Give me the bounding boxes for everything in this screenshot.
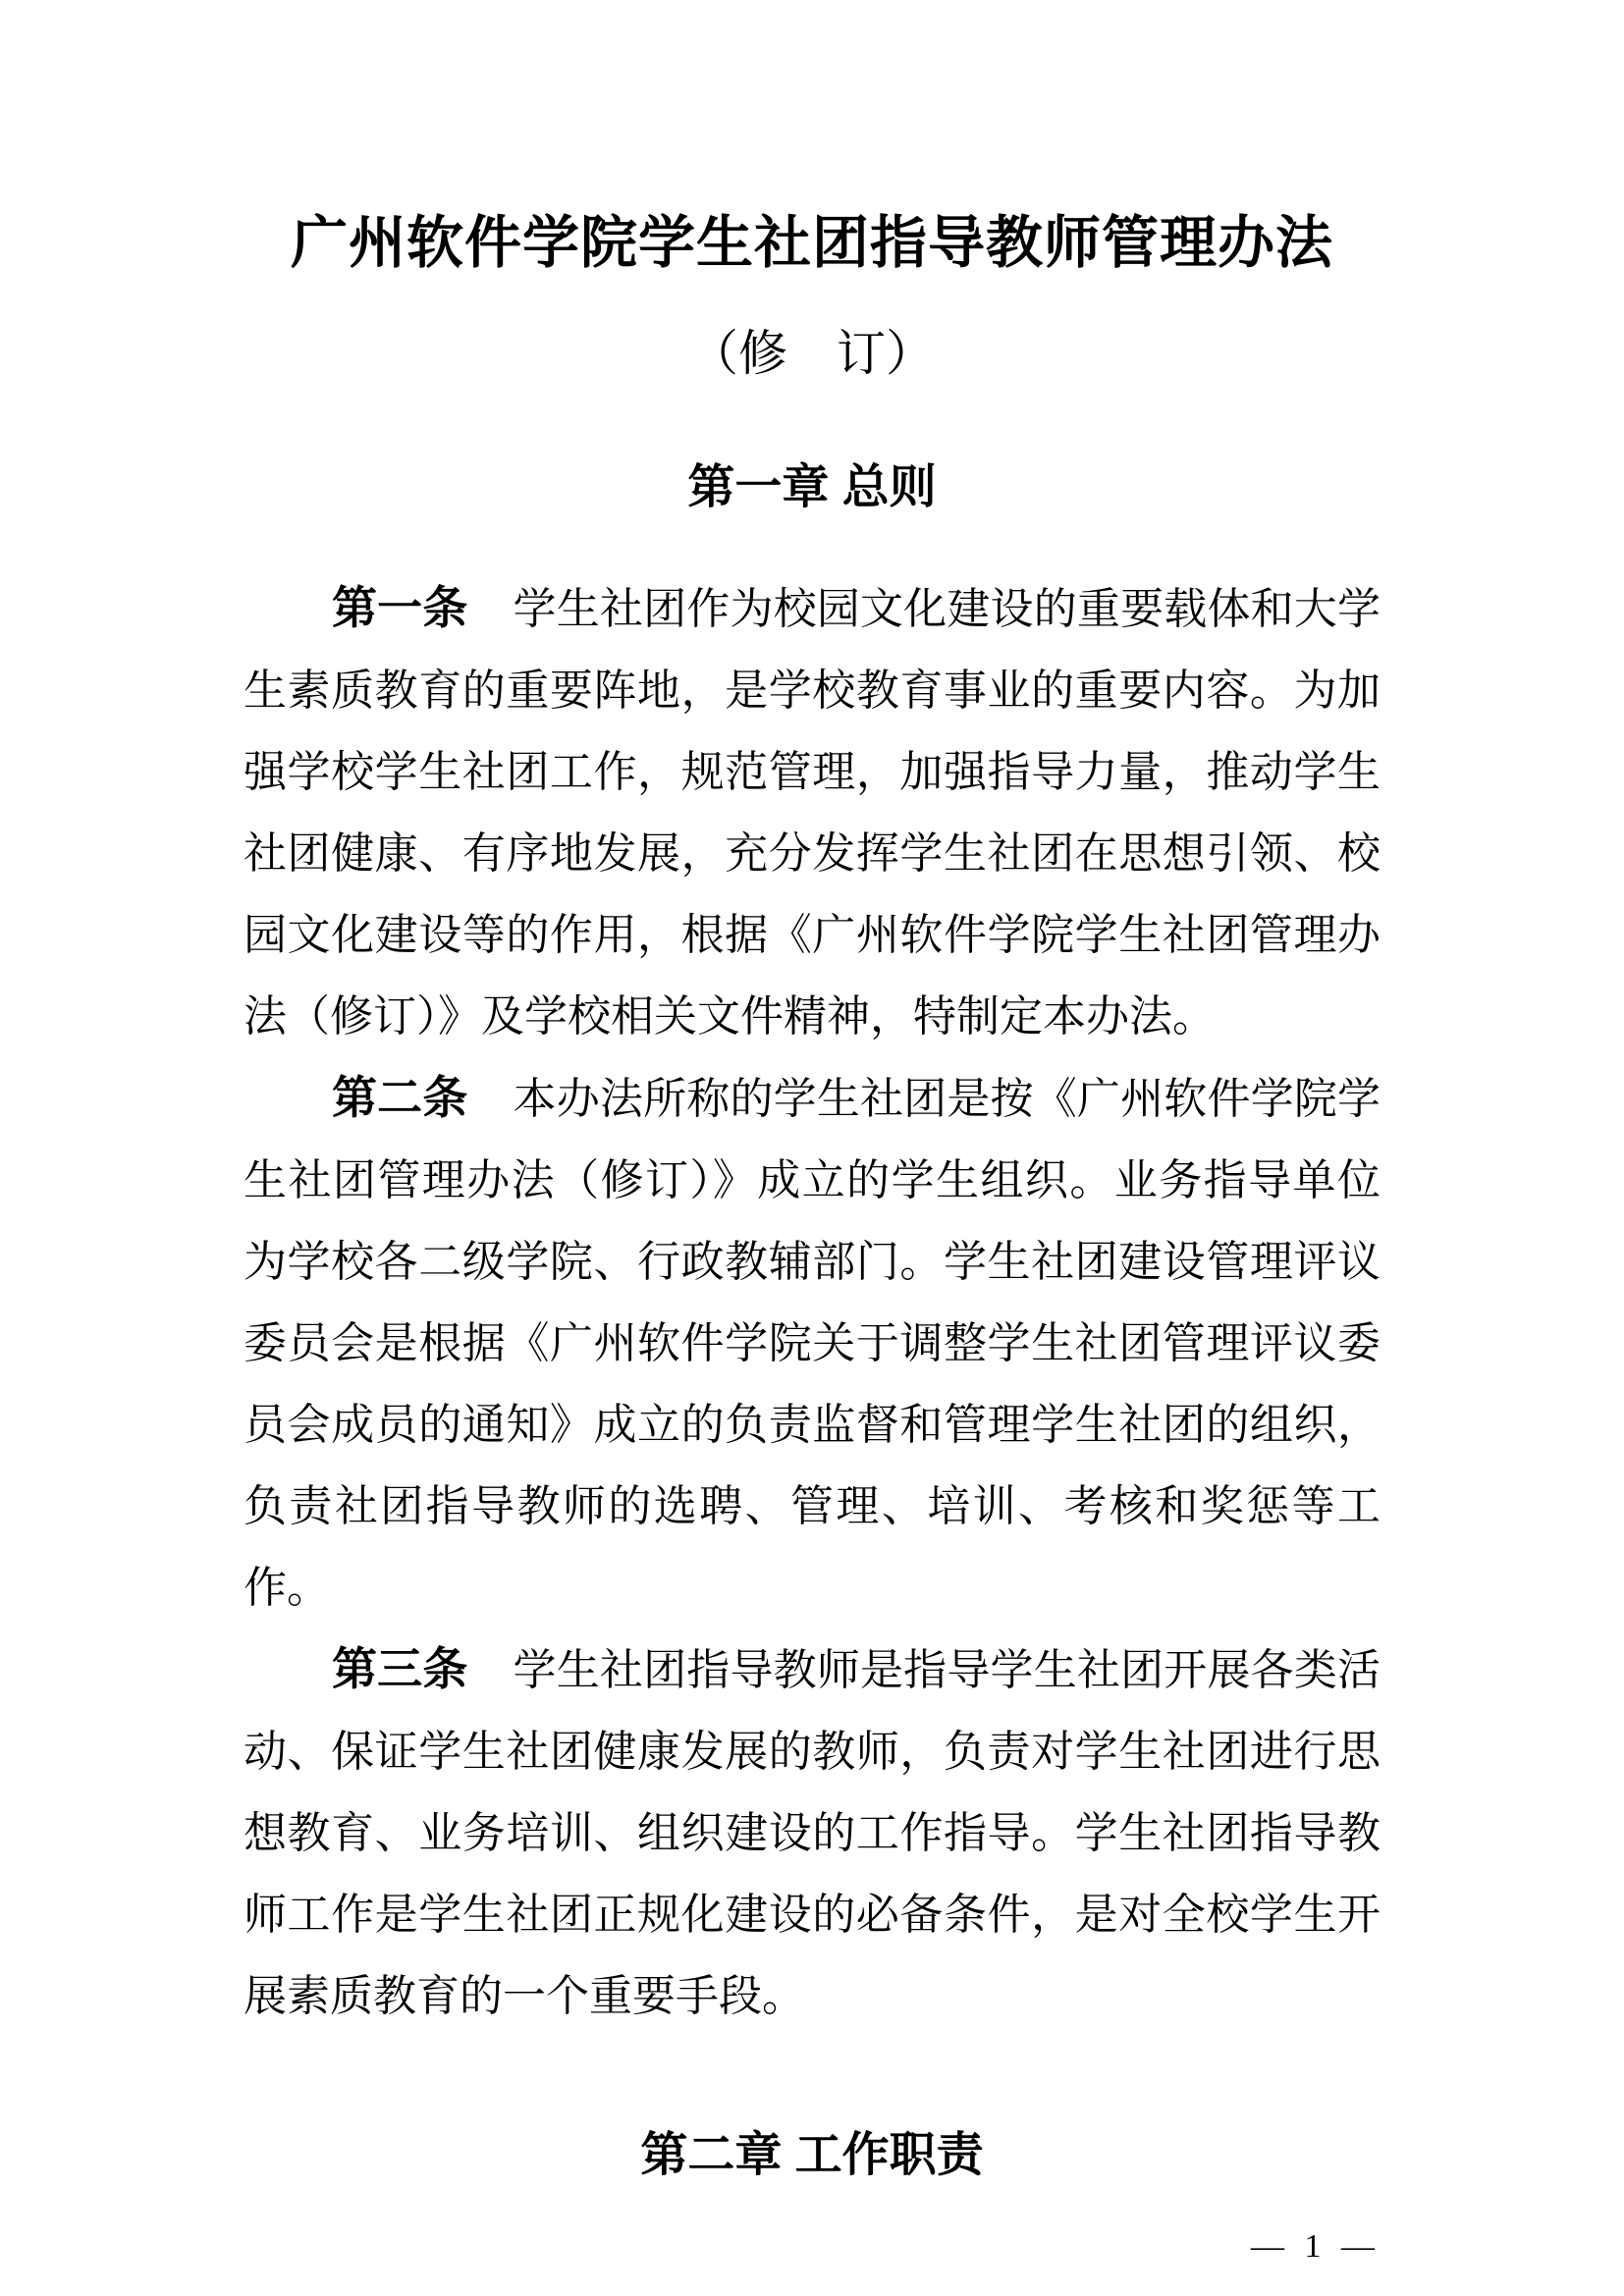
chapter-2-heading: 第二章 工作职责 [244,2125,1380,2186]
article-3-text: 学生社团指导教师是指导学生社团开展各类活动、保证学生社团健康发展的教师，负责对学… [244,1646,1380,2020]
document-subtitle: （修 订） [244,326,1380,381]
article-1: 第一条学生社团作为校园文化建设的重要载体和大学生素质教育的重要阵地，是学校教育事… [244,567,1380,1057]
article-2: 第二条本办法所称的学生社团是按《广州软件学院学生社团管理办法（修订）》成立的学生… [244,1057,1380,1629]
page-number: — 1 — [244,2227,1380,2267]
chapter-1-body: 第一条学生社团作为校园文化建设的重要载体和大学生素质教育的重要阵地，是学校教育事… [244,567,1380,2037]
article-1-text: 学生社团作为校园文化建设的重要载体和大学生素质教育的重要阵地，是学校教育事业的重… [244,585,1380,1041]
article-3-label: 第三条 [332,1643,468,1694]
chapter-1-heading: 第一章 总则 [244,457,1380,518]
document-page: 广州软件学院学生社团指导教师管理办法 （修 订） 第一章 总则 第一条学生社团作… [0,0,1624,2296]
article-2-label: 第二条 [332,1072,468,1123]
article-2-text: 本办法所称的学生社团是按《广州软件学院学生社团管理办法（修订）》成立的学生组织。… [244,1075,1380,1612]
article-1-label: 第一条 [332,582,468,633]
document-title: 广州软件学院学生社团指导教师管理办法 [244,0,1380,279]
article-3: 第三条学生社团指导教师是指导学生社团开展各类活动、保证学生社团健康发展的教师，负… [244,1629,1380,2037]
